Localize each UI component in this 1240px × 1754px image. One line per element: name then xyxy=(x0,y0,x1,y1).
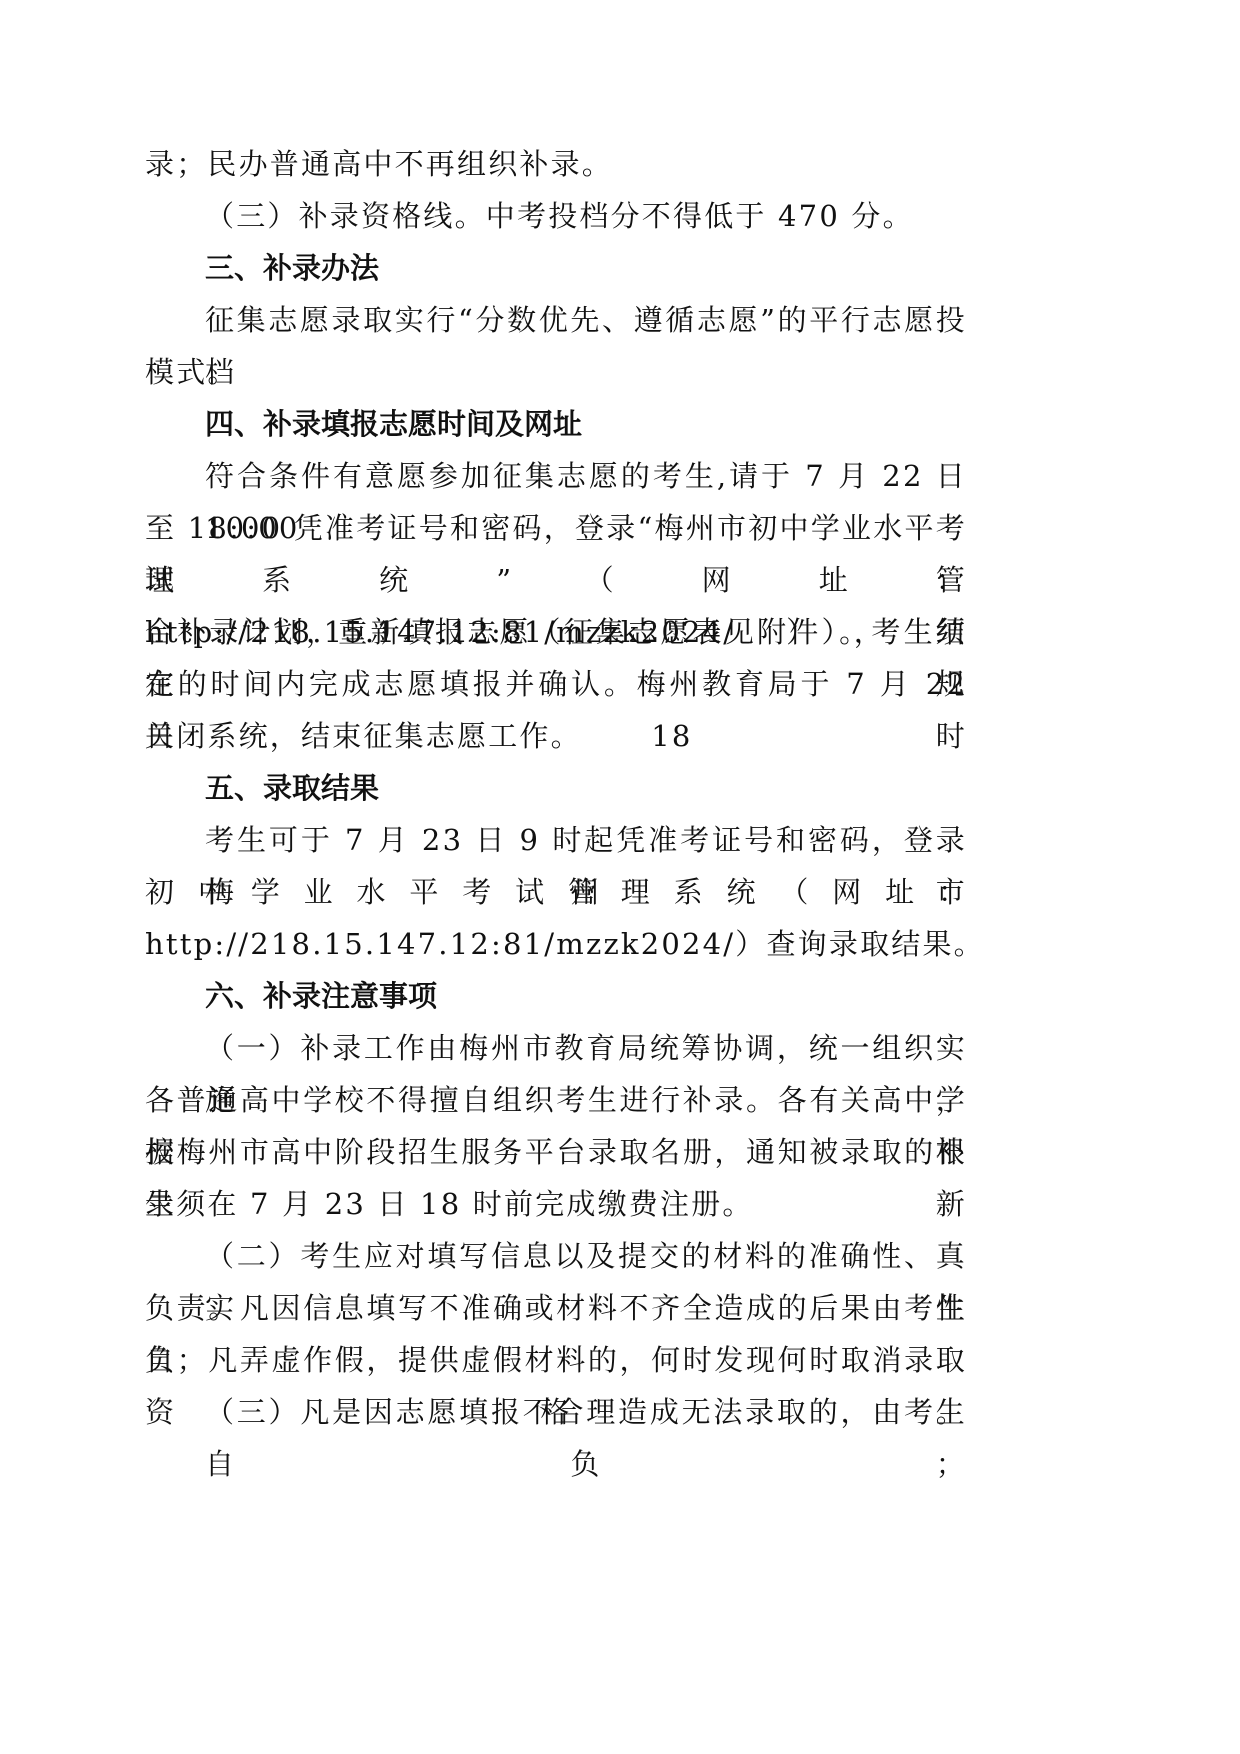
section-heading-notes: 六、补录注意事项 xyxy=(145,970,967,1022)
text-line-url: 理系统”（网址：http://218.15.147.12:81/mzzk2024… xyxy=(145,554,967,606)
text-line: 至 18:00 凭准考证号和密码，登录“梅州市初中学业水平考试管 xyxy=(145,502,967,554)
text-line: 合补录计划，重新填报志愿（征集志愿表见附件）。考生须在规 xyxy=(145,606,967,658)
text-line: 据梅州市高中阶段招生服务平台录取名册，通知被录取的补录新 xyxy=(145,1126,967,1178)
text-line: （三）凡是因志愿填报不合理造成无法录取的，由考生自负； xyxy=(145,1386,967,1438)
text-line: 初 中 学 业 水 平 考 试 管 理 系 统 （ 网 址 ： xyxy=(145,866,967,918)
text-line: 负责。凡因信息填写不准确或材料不齐全造成的后果由考生自 xyxy=(145,1282,967,1334)
section-heading-results: 五、录取结果 xyxy=(145,762,967,814)
text-line: 录；民办普通高中不再组织补录。 xyxy=(145,138,967,190)
text-line: 负；凡弄虚作假，提供虚假材料的，何时发现何时取消录取资格。 xyxy=(145,1334,967,1386)
text-line: 各普通高中学校不得擅自组织考生进行补录。各有关高中学校根 xyxy=(145,1074,967,1126)
section-heading-time-url: 四、补录填报志愿时间及网址 xyxy=(145,398,967,450)
clause-qualification-line: （三）补录资格线。中考投档分不得低于 470 分。 xyxy=(145,190,967,242)
text-line: （二）考生应对填写信息以及提交的材料的准确性、真实性 xyxy=(145,1230,967,1282)
text-line: 定的时间内完成志愿填报并确认。梅州教育局于 7 月 22 日 18 时 xyxy=(145,658,967,710)
text-line-url: http://218.15.147.12:81/mzzk2024/）查询录取结果… xyxy=(145,918,967,970)
text-line: 考生可于 7 月 23 日 9 时起凭准考证号和密码，登录梅州市 xyxy=(145,814,967,866)
text-line: （一）补录工作由梅州市教育局统筹协调，统一组织实施， xyxy=(145,1022,967,1074)
text-line: 模式。 xyxy=(145,346,967,398)
document-page: 录；民办普通高中不再组织补录。 （三）补录资格线。中考投档分不得低于 470 分… xyxy=(145,138,967,1438)
text-line: 符合条件有意愿参加征集志愿的考生,请于 7 月 22 日 10:00 xyxy=(145,450,967,502)
text-line: 征集志愿录取实行“分数优先、遵循志愿”的平行志愿投档 xyxy=(145,294,967,346)
section-heading-method: 三、补录办法 xyxy=(145,242,967,294)
